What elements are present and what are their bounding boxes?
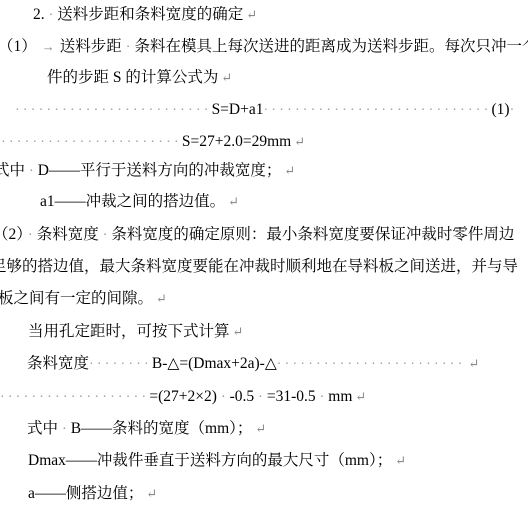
text-run: Dmax——冲裁件垂直于送料方向的最大尺寸（mm）； [28, 452, 392, 469]
paragraph-mark: ↵ [468, 356, 479, 371]
space-dot-leader: ························· [15, 103, 212, 118]
text-line-10: 板之间有一定的间隙。↵ [0, 288, 167, 310]
space-dot-leader: ··················· [0, 390, 149, 405]
space-dot-leader: ····························· [264, 103, 492, 118]
space-mark: · [28, 228, 33, 243]
paragraph-mark: ↵ [395, 453, 406, 468]
space-mark: · [103, 228, 108, 243]
text-run: -0.5 [230, 388, 255, 405]
paragraph-mark: ↵ [246, 7, 257, 22]
text-run: 送料步距和条料宽度的确定 [57, 6, 243, 23]
text-line-3: 件的步距 S 的计算公式为↵ [47, 67, 232, 89]
text-run: 式中 [0, 162, 25, 179]
text-line-6: 式中·D——平行于送料方向的冲裁宽度；↵ [0, 160, 295, 182]
text-run: 送料步距 [60, 38, 122, 55]
space-mark: · [258, 390, 263, 405]
text-line-16: a——侧搭边值；↵ [28, 483, 157, 505]
text-run: B——条料的宽度（mm）； [71, 420, 253, 437]
text-run: a——侧搭边值； [28, 485, 143, 502]
text-run: =31-0.5 [267, 388, 316, 405]
text-line-7: a1——冲裁之间的搭边值。↵ [40, 191, 239, 213]
space-mark: · [29, 164, 34, 179]
text-run: (1) [492, 101, 510, 118]
text-line-5: ·······················S=27+2.0=29mm↵ [1, 131, 305, 153]
text-run: 件的步距 S 的计算公式为 [47, 69, 218, 86]
text-run: （1） [0, 38, 37, 55]
space-mark: · [221, 390, 226, 405]
text-run: a1——冲裁之间的搭边值。 [40, 193, 225, 210]
space-mark: · [320, 390, 325, 405]
text-run: （2） [0, 226, 24, 243]
paragraph-mark: ↵ [284, 163, 295, 178]
space-mark: · [62, 422, 67, 437]
text-run: 板之间有一定的间隙。 [0, 290, 153, 307]
text-run: 条料宽度 [27, 355, 89, 372]
text-run: 2. [33, 6, 45, 23]
text-run: B-△=(Dmax+2a)-△ [152, 355, 277, 372]
paragraph-mark: ↵ [221, 70, 232, 85]
paragraph-mark: ↵ [156, 291, 167, 306]
text-line-9: 足够的搭边值，最大条料宽度要能在冲裁时顺利地在导料板之间送进，并与导 [0, 256, 518, 278]
text-line-2: （1）→送料步距·条料在模具上每次送进的距离成为送料步距。每次只冲一个 [0, 36, 528, 58]
text-run: S=27+2.0=29mm [182, 133, 291, 150]
text-run: 式中 [27, 420, 58, 437]
text-line-12: 条料宽度········B-△=(Dmax+2a)-△·············… [27, 353, 479, 375]
paragraph-mark: ↵ [355, 389, 366, 404]
paragraph-mark: ↵ [146, 486, 157, 501]
space-dot-leader: ········ [89, 357, 152, 372]
text-run: 条料宽度的确定原则：最小条料宽度要保证冲裁时零件周边 [111, 226, 514, 243]
text-line-15: Dmax——冲裁件垂直于送料方向的最大尺寸（mm）；↵ [28, 450, 406, 472]
paragraph-mark: ↵ [294, 134, 305, 149]
document-page: 2.·送料步距和条料宽度的确定↵（1）→送料步距·条料在模具上每次送进的距离成为… [0, 0, 528, 517]
text-line-1: 2.·送料步距和条料宽度的确定↵ [33, 4, 257, 26]
text-line-8: （2）·条料宽度·条料宽度的确定原则：最小条料宽度要保证冲裁时零件周边 [0, 224, 514, 246]
paragraph-mark: ↵ [255, 421, 266, 436]
paragraph-mark: ↵ [228, 194, 239, 209]
text-run: mm [328, 388, 352, 405]
space-dot-leader: · [510, 103, 518, 118]
tab-arrow-mark: → [42, 39, 55, 54]
space-dot-leader: ······················· [1, 135, 182, 150]
text-run: 条料在模具上每次送进的距离成为送料步距。每次只冲一个 [134, 38, 528, 55]
space-mark: · [126, 40, 131, 55]
text-line-14: 式中·B——条料的宽度（mm）；↵ [27, 418, 266, 440]
text-line-4: ·························S=D+a1·········… [15, 99, 517, 121]
text-line-13: ···················=(27+2×2)·-0.5·=31-0.… [0, 386, 366, 408]
space-mark: · [49, 8, 54, 23]
text-run: 条料宽度 [37, 226, 99, 243]
text-run: D——平行于送料方向的冲裁宽度； [38, 162, 282, 179]
text-line-11: 当用孔定距时，可按下式计算↵ [28, 321, 243, 343]
text-run: =(27+2×2) [149, 388, 217, 405]
text-run: S=D+a1 [212, 101, 264, 118]
text-run: 足够的搭边值，最大条料宽度要能在冲裁时顺利地在导料板之间送进，并与导 [0, 258, 518, 275]
paragraph-mark: ↵ [233, 324, 244, 339]
space-dot-leader: ························ [277, 357, 466, 372]
text-run: 当用孔定距时，可按下式计算 [28, 323, 230, 340]
